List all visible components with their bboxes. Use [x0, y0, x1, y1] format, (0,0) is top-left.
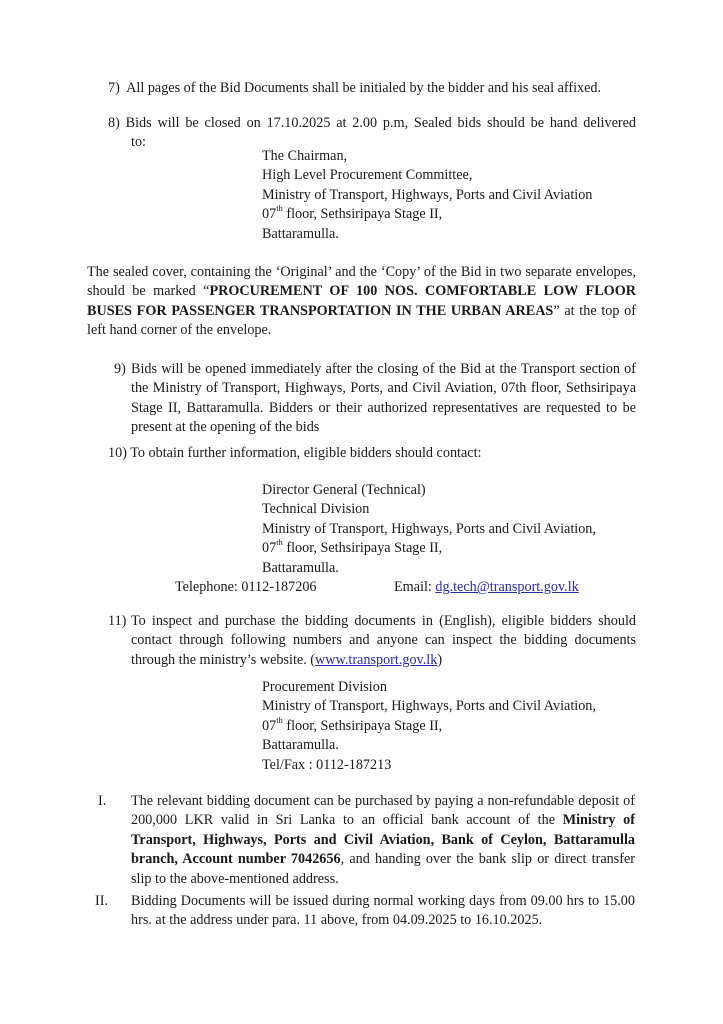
telephone: Telephone: 0112-187206 — [175, 578, 317, 597]
email-label: Email: — [394, 579, 435, 595]
procurement-division-address: Procurement Division Ministry of Transpo… — [262, 678, 596, 775]
address-line: 07th floor, Sethsiripaya Stage II, — [262, 539, 596, 558]
sealed-cover-paragraph: The sealed cover, containing the ‘Origin… — [87, 263, 636, 341]
para-11-text: To inspect and purchase the bidding docu… — [131, 612, 636, 670]
item-I: I. The relevant bidding document can be … — [98, 792, 638, 882]
para-11-number: 11) — [108, 612, 126, 631]
para-7-number: 7) — [108, 80, 120, 96]
address-line: 07th floor, Sethsiripaya Stage II, — [262, 205, 592, 224]
item-II-text: Bidding Documents will be issued during … — [131, 892, 635, 931]
item-II: II. Bidding Documents will be issued dur… — [95, 892, 640, 937]
para-7: 7) All pages of the Bid Documents shall … — [108, 79, 601, 98]
website-link[interactable]: www.transport.gov.lk — [315, 652, 437, 668]
item-II-label: II. — [95, 892, 108, 911]
address-line: Director General (Technical) — [262, 481, 596, 500]
chairman-address: The Chairman, High Level Procurement Com… — [262, 147, 592, 244]
address-line: Battaramulla. — [262, 559, 596, 578]
para-10: 10) To obtain further information, eligi… — [108, 444, 481, 463]
item-I-label: I. — [98, 792, 106, 811]
address-line: Procurement Division — [262, 678, 596, 697]
para-9-text: Bids will be opened immediately after th… — [131, 360, 636, 438]
address-line: High Level Procurement Committee, — [262, 166, 592, 185]
item-I-text: The relevant bidding document can be pur… — [131, 792, 635, 889]
para-10-text: To obtain further information, eligible … — [130, 445, 481, 461]
para-9: 9) Bids will be opened immediately after… — [114, 360, 636, 438]
address-line: Ministry of Transport, Highways, Ports a… — [262, 520, 596, 539]
director-general-address: Director General (Technical) Technical D… — [262, 481, 596, 578]
para-8-number: 8) — [108, 115, 120, 131]
address-line: The Chairman, — [262, 147, 592, 166]
address-line: Ministry of Transport, Highways, Ports a… — [262, 697, 596, 716]
email-link[interactable]: dg.tech@transport.gov.lk — [435, 579, 578, 595]
para-11: 11) To inspect and purchase the bidding … — [108, 612, 636, 670]
document-page: 7) All pages of the Bid Documents shall … — [0, 0, 723, 1024]
tel-fax: Tel/Fax : 0112-187213 — [262, 756, 596, 775]
address-line: Battaramulla. — [262, 225, 592, 244]
address-line: Technical Division — [262, 500, 596, 519]
para-8-text-line1: Bids will be closed on 17.10.2025 at 2.0… — [126, 115, 636, 131]
address-line: Battaramulla. — [262, 736, 596, 755]
address-line: Ministry of Transport, Highways, Ports a… — [262, 186, 592, 205]
address-line: 07th floor, Sethsiripaya Stage II, — [262, 717, 596, 736]
para-7-text: All pages of the Bid Documents shall be … — [126, 80, 601, 96]
para-9-number: 9) — [114, 360, 126, 379]
para-10-number: 10) — [108, 445, 127, 461]
email-line: Email: dg.tech@transport.gov.lk — [394, 578, 579, 597]
